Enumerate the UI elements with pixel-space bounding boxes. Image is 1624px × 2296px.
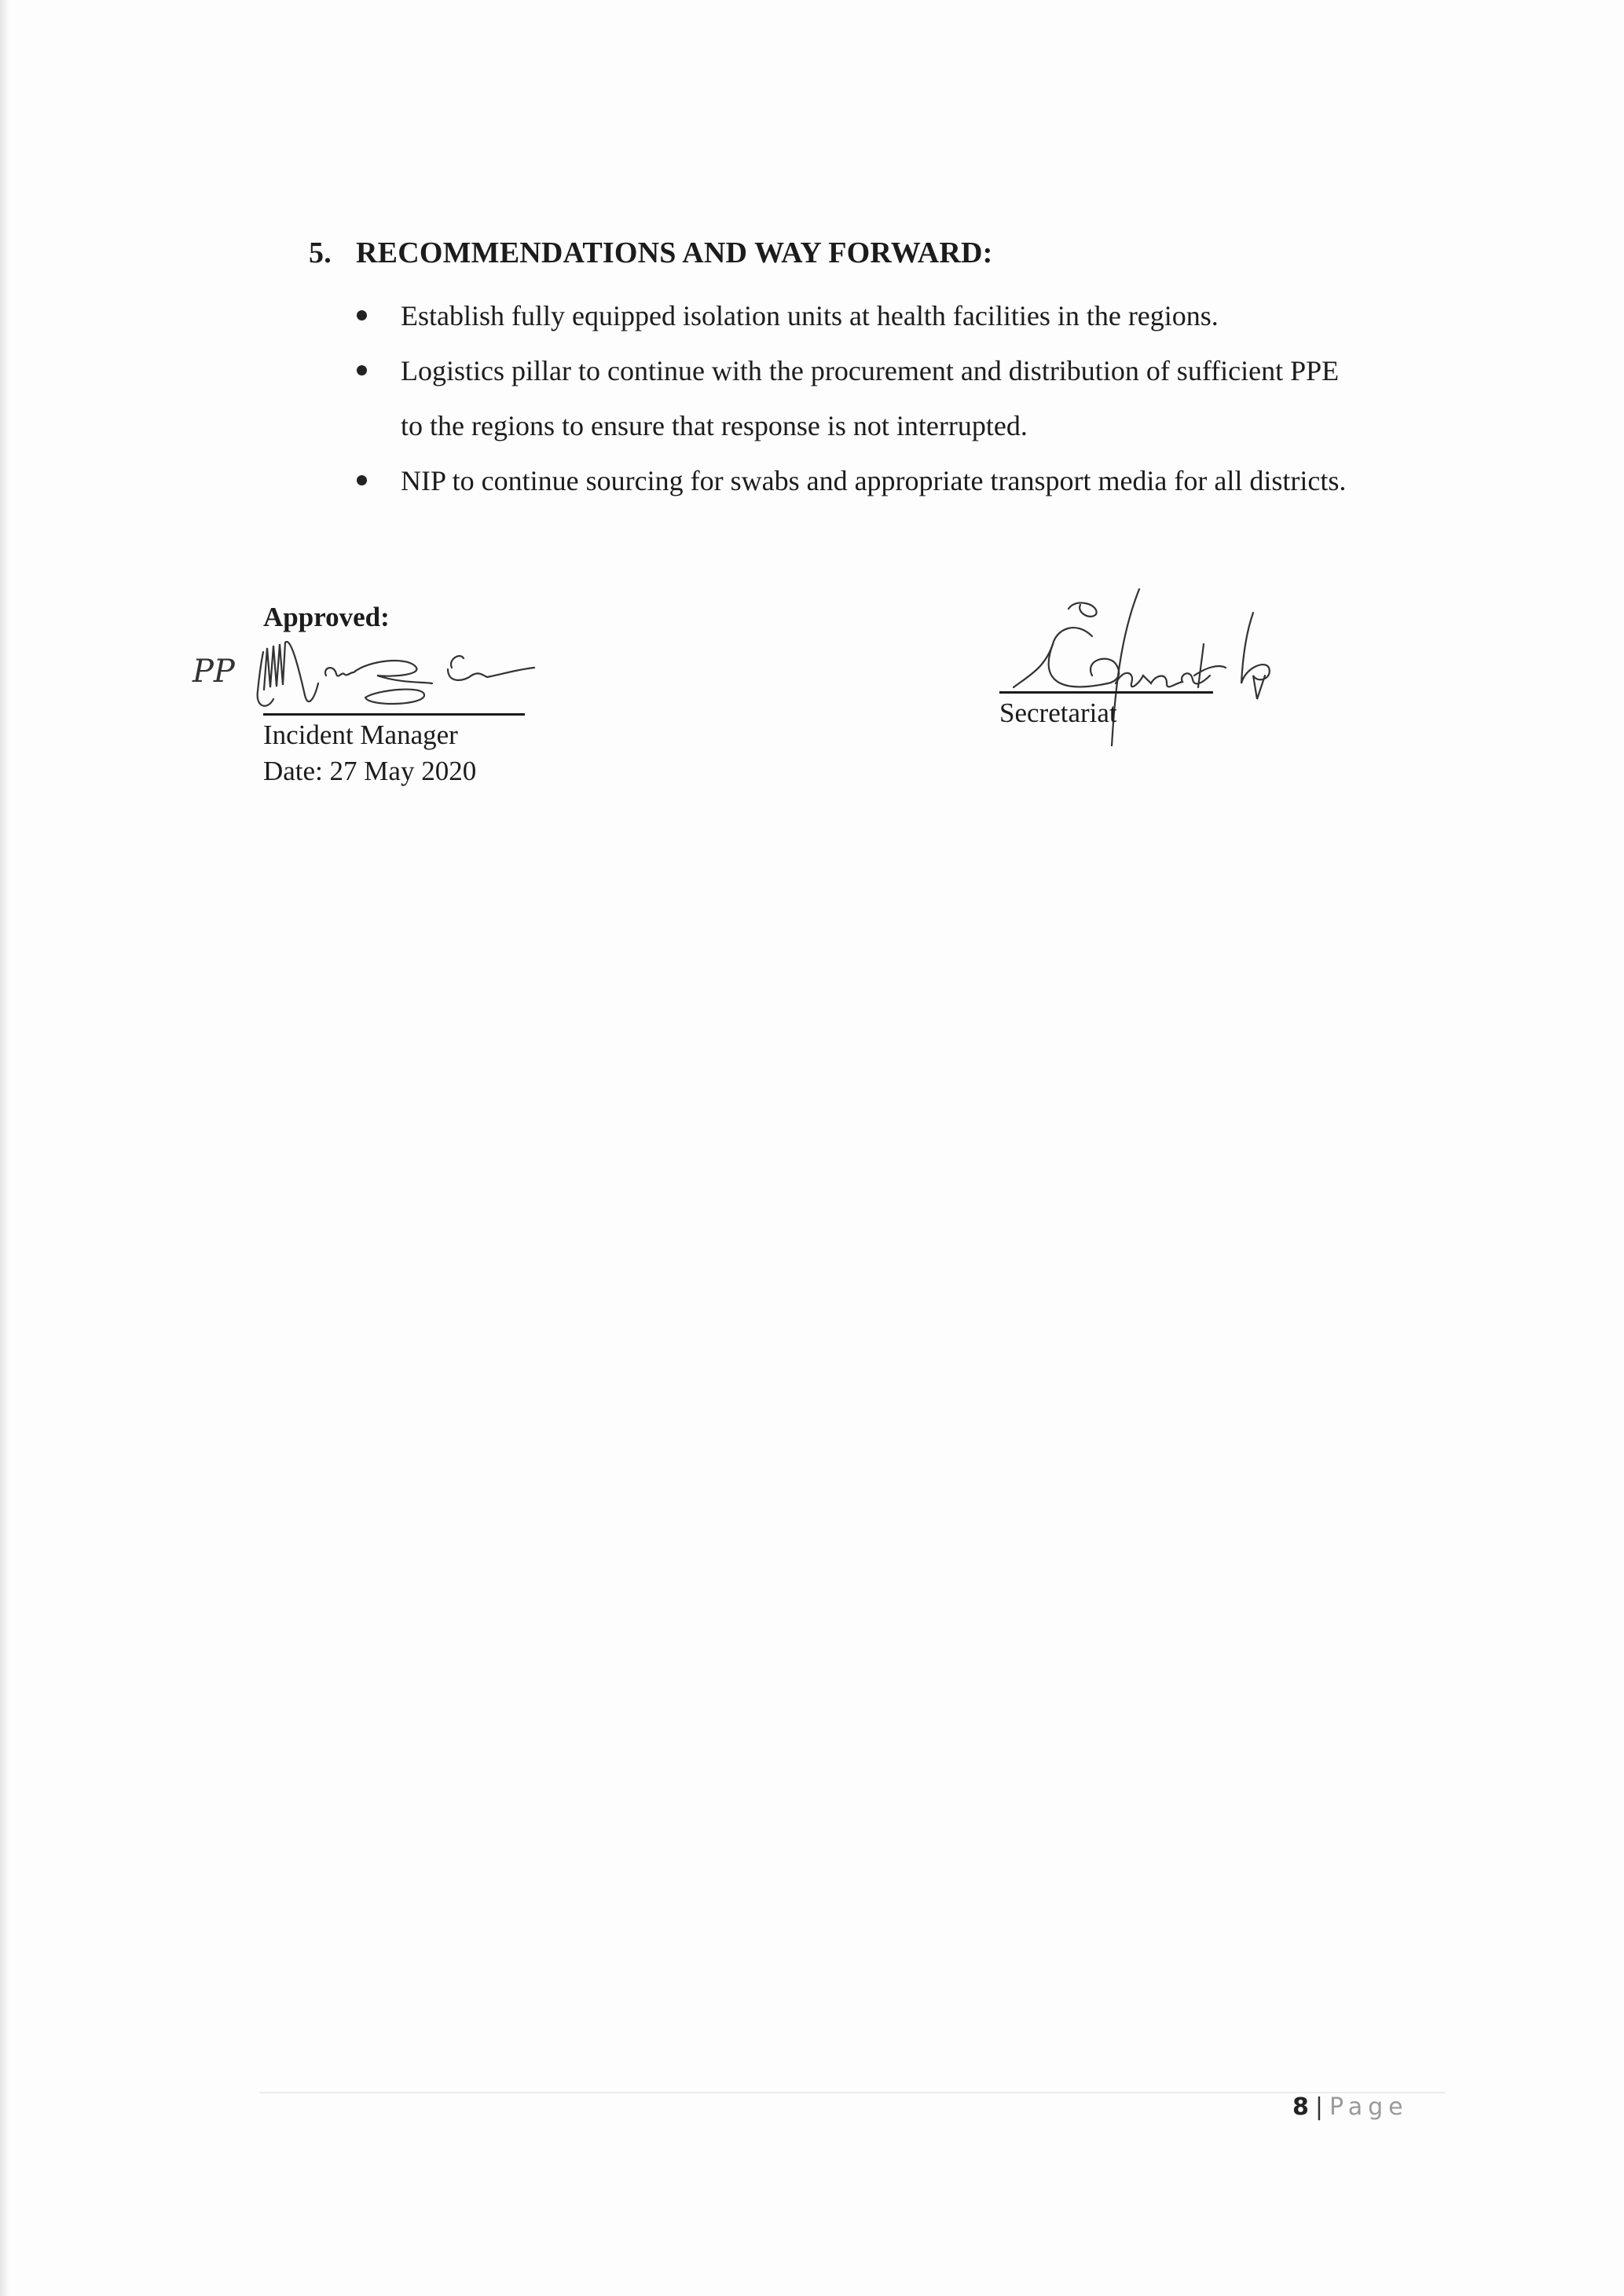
approval-date: Date: 27 May 2020 (263, 756, 476, 787)
incident-manager-label: Incident Manager (263, 720, 458, 751)
section-heading: 5.RECOMMENDATIONS AND WAY FORWARD: (309, 236, 993, 270)
scan-edge (0, 0, 9, 2296)
page-separator: | (1315, 2093, 1323, 2121)
handwritten-signature-icon: PP (189, 621, 597, 715)
bullet-icon (357, 310, 367, 320)
signature-line (999, 691, 1213, 694)
page-label: Page (1329, 2093, 1409, 2121)
page-number-value: 8 (1292, 2093, 1309, 2121)
page-number: 8|Page (1292, 2093, 1409, 2121)
section-number: 5. (309, 236, 356, 270)
footer-divider (259, 2092, 1446, 2093)
svg-text:PP: PP (192, 654, 236, 690)
bullet-icon (357, 475, 367, 485)
secretariat-label: Secretariat (999, 698, 1117, 729)
bullet-icon (357, 365, 367, 375)
section-title: RECOMMENDATIONS AND WAY FORWARD: (356, 236, 993, 269)
